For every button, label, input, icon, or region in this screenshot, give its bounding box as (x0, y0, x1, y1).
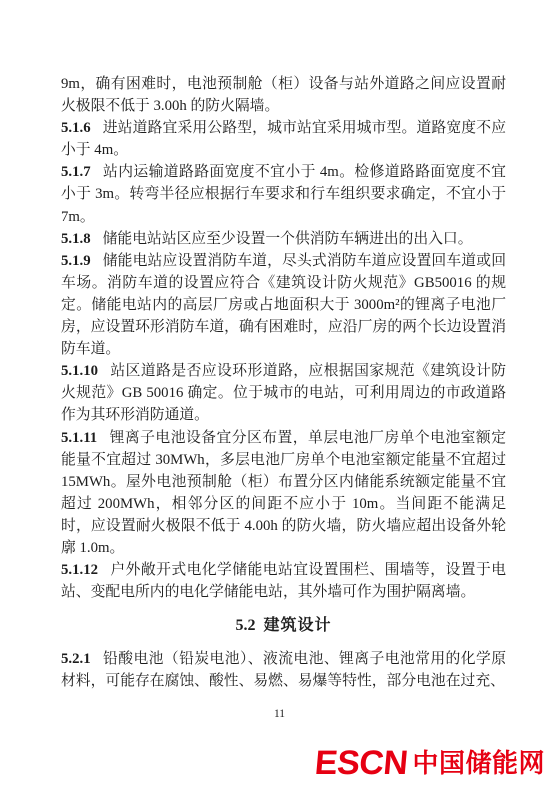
section-number: 5.2 (235, 617, 255, 634)
clause-text: 户外敞开式电化学储能电站宜设置围栏、围墙等，设置于电站、变配电所内的电化学储能电… (61, 562, 506, 600)
section-title: 建筑设计 (263, 617, 331, 634)
clause-number: 5.1.12 (61, 562, 110, 578)
clause-number: 5.1.6 (61, 120, 103, 136)
clause-text: 铅酸电池（铅炭电池）、液流电池、锂离子电池常用的化学原材料，可能存在腐蚀、酸性、… (61, 651, 506, 689)
clause-text: 进站道路宜采用公路型，城市站宜采用城市型。道路宽度不应小于 4m。 (61, 120, 506, 158)
clause-paragraph: 5.1.7站内运输道路路面宽度不宜小于 4m。检修道路路面宽度不宜小于 3m。转… (61, 161, 506, 227)
watermark-latin-text: ESCN (314, 746, 409, 780)
clause-paragraph: 5.1.9储能电站应设置消防车道，尽头式消防车道应设置回车道或回车场。消防车道的… (61, 250, 506, 360)
text-content: 9m，确有困难时，电池预制舱（柜）设备与站外道路之间应设置耐火极限不低于 3.0… (61, 73, 506, 692)
clause-number: 5.1.8 (61, 231, 103, 247)
clause-number: 5.1.10 (61, 363, 110, 379)
clause-number: 5.1.11 (61, 430, 109, 446)
section-heading: 5.2建筑设计 (61, 615, 506, 637)
clause-paragraph: 5.1.10站区道路是否应设环形道路，应根据国家规范《建筑设计防火规范》GB 5… (61, 360, 506, 426)
clause-text: 储能电站应设置消防车道，尽头式消防车道应设置回车道或回车场。消防车道的设置应符合… (61, 253, 506, 357)
clause-text: 站区道路是否应设环形道路，应根据国家规范《建筑设计防火规范》GB 50016 确… (61, 363, 506, 423)
clause-number: 5.2.1 (61, 651, 103, 667)
clause-paragraph: 5.1.12户外敞开式电化学储能电站宜设置围栏、围墙等，设置于电站、变配电所内的… (61, 559, 506, 603)
clause-number: 5.1.9 (61, 253, 103, 269)
clause-text: 9m，确有困难时，电池预制舱（柜）设备与站外道路之间应设置耐火极限不低于 3.0… (61, 76, 506, 114)
intro-paragraph: 9m，确有困难时，电池预制舱（柜）设备与站外道路之间应设置耐火极限不低于 3.0… (61, 73, 506, 117)
clause-text: 站内运输道路路面宽度不宜小于 4m。检修道路路面宽度不宜小于 3m。转弯半径应根… (61, 164, 506, 224)
clause-text: 锂离子电池设备宜分区布置，单层电池厂房单个电池室额定能量不宜超过 30MWh，多… (61, 430, 506, 556)
clause-paragraph: 5.1.11锂离子电池设备宜分区布置，单层电池厂房单个电池室额定能量不宜超过 3… (61, 427, 506, 560)
clause-paragraph: 5.2.1铅酸电池（铅炭电池）、液流电池、锂离子电池常用的化学原材料，可能存在腐… (61, 648, 506, 692)
clause-text: 储能电站站区应至少设置一个供消防车辆进出的出入口。 (103, 231, 473, 247)
escn-watermark-logo: ESCN 中国储能网 (315, 746, 545, 780)
clause-paragraph: 5.1.6进站道路宜采用公路型，城市站宜采用城市型。道路宽度不应小于 4m。 (61, 117, 506, 161)
watermark-chinese-text: 中国储能网 (412, 748, 545, 778)
document-page: 9m，确有困难时，电池预制舱（柜）设备与站外道路之间应设置耐火极限不低于 3.0… (0, 0, 559, 794)
clause-number: 5.1.7 (61, 164, 103, 180)
page-number: 11 (0, 706, 559, 722)
clause-paragraph: 5.1.8储能电站站区应至少设置一个供消防车辆进出的出入口。 (61, 228, 506, 250)
